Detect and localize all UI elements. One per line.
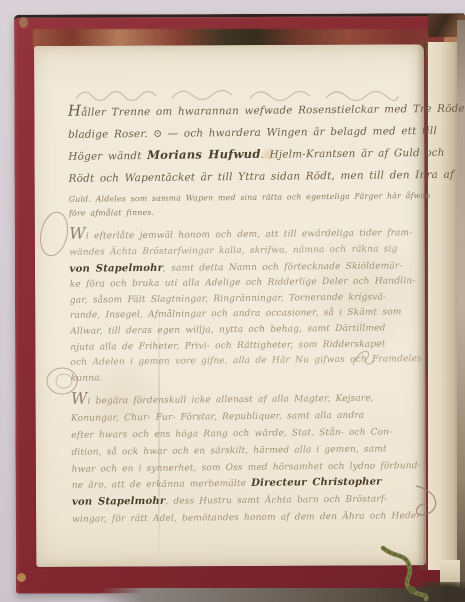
text-segment: njuta alla de Friheter, Privi- och Rätti… (70, 339, 385, 352)
text-segment: kunna. (71, 373, 103, 383)
text-segment: efter hwars och ens höga Rang och wärde,… (71, 427, 392, 440)
text-segment: och Adelen i gemen vore gifne, alla de H… (70, 354, 421, 368)
bookmark-cord (374, 544, 436, 602)
text-segment: , dess Hustru samt Ächta barn och Brösta… (165, 495, 387, 507)
paragraph-name-grant: Wi efterlåte jemwäl honom och dem, att t… (69, 223, 413, 388)
text-segment: rande, Insegel, Afmålningar och andra oc… (70, 308, 402, 321)
manuscript-line: Höger wändt Morians Hufwud. Hjelm-Krants… (68, 142, 410, 168)
text-segment: wingar, för rätt Adel, bemötandes honom … (72, 511, 421, 525)
manuscript-line: Håller Trenne om hwarannan wefwade Rosen… (68, 97, 410, 124)
text-segment: Allwar, till deras egen willja, nytta oc… (70, 323, 385, 336)
text-segment: Höger wändt (68, 150, 147, 163)
text-segment: gar, såsom Fält Slagtningar, Ringränning… (70, 292, 386, 305)
text-segment: von Stapelmohr (69, 262, 163, 274)
text-segment: ne äro, att de erkänna merbemälte (72, 479, 252, 491)
paragraph-blazon: Håller Trenne om hwarannan wefwade Rosen… (68, 97, 411, 220)
text-segment: Guld. Aldeles som samma Wapen med sina r… (69, 191, 431, 204)
leather-wear-spot (19, 17, 28, 28)
text-segment: Wi efterlåte jemwäl honom och dem, att t… (69, 229, 412, 243)
manuscript-line: Rödt och Wapentäcket är till Yttra sidan… (68, 165, 410, 190)
manuscript-text: Håller Trenne om hwarannan wefwade Rosen… (68, 97, 414, 528)
manuscript-line: före afmålat finnes. (69, 204, 411, 221)
text-segment: före afmålat finnes. (69, 208, 154, 218)
text-segment: Directeur Christopher (251, 477, 382, 489)
text-segment: Konungar, Chur- Fur- Förstar, Republique… (71, 411, 364, 424)
manuscript-line: Guld. Aldeles som samma Wapen med sina r… (69, 187, 411, 208)
manuscript-line: wingar, för rätt Adel, bemötandes honom … (72, 508, 414, 528)
text-segment: von Stapelmohr (72, 496, 165, 508)
text-segment: Rödt och Wapentäcket är till Yttra sidan… (69, 169, 455, 185)
text-segment: . Hjelm-Krantsen är af Guld och (261, 147, 445, 161)
text-segment: dition, så ock hwar och en särskilt, här… (71, 444, 386, 457)
initial-flourish-p2 (36, 208, 72, 260)
text-segment: bladige Roser. ⊙ — och hwardera Wingen ä… (68, 125, 437, 141)
cord-knot (408, 586, 416, 594)
text-segment: hwar och en i synnerhet, som Oss med hör… (72, 461, 421, 475)
text-segment: Morians Hufwud (147, 147, 261, 162)
text-segment: Wi begära fördenskull icke allenast af a… (71, 394, 374, 407)
text-segment: , samt detta Namn och förtecknade Skiöld… (163, 261, 403, 274)
paragraph-address: Wi begära fördenskull icke allenast af a… (71, 388, 414, 529)
text-segment: ke föra och bruka uti alla Adelige och R… (70, 276, 416, 290)
leather-wear-spot (17, 573, 26, 582)
text-segment: Håller Trenne om hwarannan wefwade Rosen… (68, 102, 465, 118)
text-segment: wändes Ächta Bröstarfwingar kalla, skrif… (69, 244, 397, 257)
